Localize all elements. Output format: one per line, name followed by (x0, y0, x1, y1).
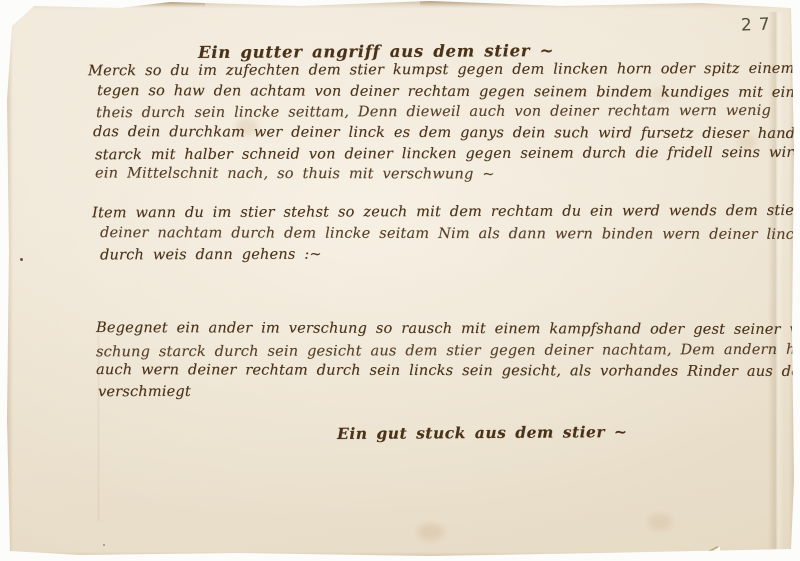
manuscript-line: Item wann du im stier stehst so zeuch mi… (92, 203, 800, 222)
manuscript-line: deiner nachtam durch dem lincke seitam N… (100, 225, 800, 243)
page-edge-left (7, 22, 13, 553)
section-heading: Ein gutter angriff aus dem stier ~ (198, 41, 554, 62)
manuscript-photo: 27 Ein gutter angriff aus dem stier ~ Me… (0, 0, 800, 561)
manuscript-line: durch weis dann gehens :~ (100, 247, 322, 264)
manuscript-line: Merck so du im zufechten dem stier kumps… (88, 61, 795, 79)
manuscript-line: theis durch sein lincke seittam, Denn di… (96, 103, 771, 121)
manuscript-page: 27 Ein gutter angriff aus dem stier ~ Me… (0, 0, 800, 561)
manuscript-line: verschmiegt (98, 384, 191, 400)
deckle-edge-patch (420, 0, 570, 7)
manuscript-line: schung starck durch sein gesicht aus dem… (96, 342, 800, 361)
folio-number: 27 (741, 14, 777, 35)
paper-stain (648, 514, 672, 530)
manuscript-line: starck mit halber schneid von deiner lin… (95, 145, 800, 163)
ink-speck (103, 544, 105, 546)
closing-heading: Ein gut stuck aus dem stier ~ (337, 422, 628, 443)
paper-stain (418, 524, 444, 540)
manuscript-line: das dein durchkam wer deiner linck es de… (93, 124, 795, 142)
manuscript-line: tegen so haw den achtam von deiner recht… (97, 83, 800, 101)
deckle-edge-top (8, 0, 796, 9)
deckle-edge-bottom (8, 552, 794, 559)
manuscript-line: ein Mittelschnit nach, so thuis mit vers… (95, 165, 495, 182)
manuscript-line: auch wern deiner rechtam durch sein linc… (96, 362, 800, 380)
manuscript-line: Begegnet ein ander im verschung so rausc… (96, 320, 800, 338)
deckle-edge-patch (85, 0, 205, 7)
ink-speck (20, 258, 23, 261)
